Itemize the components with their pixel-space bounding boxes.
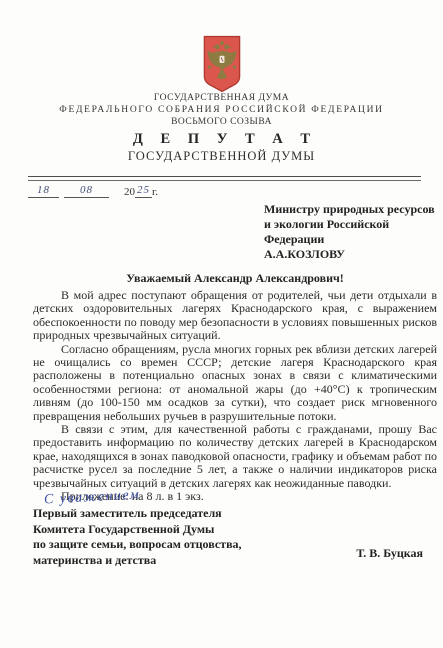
signer-title-line: Первый заместитель председателя — [33, 506, 242, 522]
letterhead-divider — [28, 176, 421, 181]
recipient-line: и экологии Российской Федерации — [264, 217, 443, 247]
signer-title-line: по защите семьи, вопросам отцовства, — [33, 537, 242, 553]
signer-title-line: Комитета Государственной Думы — [33, 522, 242, 538]
letterhead-role-title: Д Е П У Т А Т — [0, 131, 443, 148]
body-paragraph-1: В мой адрес поступают обращения от родит… — [33, 289, 437, 343]
letterhead-org-line1: ГОСУДАРСТВЕННАЯ ДУМА — [0, 93, 443, 103]
letterhead-org-line3: ВОСЬМОГО СОЗЫВА — [0, 117, 443, 127]
body-paragraph-3: В связи с этим, для качественной работы … — [33, 423, 437, 490]
letter-body: В мой адрес поступают обращения от родит… — [33, 289, 437, 504]
date-year-handwritten: 25 — [135, 184, 152, 198]
date-year-prefix: 20 — [124, 186, 135, 198]
signer-name: Т. В. Буцкая — [356, 546, 423, 561]
signer-title-block: Первый заместитель председателя Комитета… — [33, 506, 242, 568]
recipient-line: Министру природных ресурсов — [264, 202, 443, 217]
salutation: Уважаемый Александр Александрович! — [33, 271, 437, 286]
date-day-handwritten: 18 — [28, 184, 59, 198]
letterhead-org-line2: ФЕДЕРАЛЬНОГО СОБРАНИЯ РОССИЙСКОЙ ФЕДЕРАЦ… — [0, 105, 443, 115]
russian-coat-of-arms-icon — [201, 35, 243, 93]
body-paragraph-2: Согласно обращениям, русла многих горных… — [33, 343, 437, 423]
recipient-block: Министру природных ресурсов и экологии Р… — [264, 202, 443, 247]
date-year-suffix: г. — [152, 186, 158, 198]
date-line: 18082025г. — [28, 184, 158, 198]
recipient-name: А.А.КОЗЛОВУ — [264, 247, 345, 262]
letterhead-role-subtitle: ГОСУДАРСТВЕННОЙ ДУМЫ — [0, 149, 443, 164]
letter-page: ГОСУДАРСТВЕННАЯ ДУМА ФЕДЕРАЛЬНОГО СОБРАН… — [0, 0, 443, 648]
signer-title-line: материнства и детства — [33, 553, 242, 569]
date-month-handwritten: 08 — [64, 184, 109, 198]
